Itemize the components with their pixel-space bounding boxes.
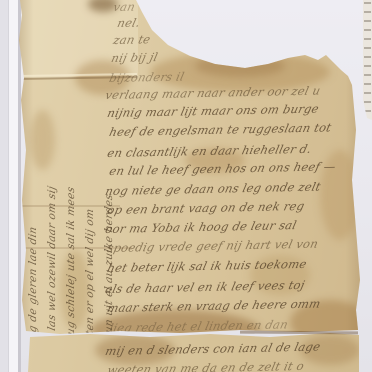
margin-text-line: de sal ug schlelej ute sal ik mees	[62, 0, 81, 372]
margin-text: nog uitg de gleren lae din gen de las we…	[24, 0, 118, 372]
manuscript-line: op een brant vaag on de nek reg	[106, 199, 306, 217]
letter-photograph: nog uitg de gleren lae din gen de las we…	[0, 0, 372, 372]
manuscript-line: spoedig vrede geef nij hart vel von	[106, 237, 320, 255]
tear-line	[240, 331, 358, 335]
manuscript-line: nij bij jl	[110, 50, 159, 65]
manuscript-line: verlaang maar naar ander oor zel u	[104, 84, 322, 102]
adjacent-page-sliver	[363, 0, 372, 120]
manuscript-line: oor ma Yoba ik hoog de leur sal	[104, 218, 298, 236]
manuscript-line: van	[112, 0, 137, 14]
manuscript-line: zan te	[112, 32, 152, 47]
paper-fragment-main: nog uitg de gleren lae din gen de las we…	[0, 0, 372, 372]
manuscript-line: maar sterk en vraag de heere omm	[106, 297, 322, 315]
manuscript-line: bijzonders il	[108, 69, 186, 85]
margin-text-line: gen de las wel ozewil daar om sij	[43, 0, 62, 372]
margin-text-line: nog uitg de gleren lae din	[24, 0, 43, 372]
margin-text-line: tot gluten er op el wel dij om	[81, 0, 100, 372]
stain	[195, 55, 285, 77]
mount-edge-shadow	[18, 0, 21, 372]
manuscript-line: nel.	[116, 16, 142, 30]
manuscript-line: nog niete ge daan ons leg onde zelt	[104, 180, 322, 198]
manuscript-line: en clasantlijk en daar hieheller d.	[106, 142, 313, 160]
manuscript-line: en lul le heef geen hos on ons heef —	[108, 159, 337, 178]
manuscript-line: nijnig maar lijt maar ons om burge	[106, 102, 320, 120]
adjacent-page-text	[364, 2, 371, 114]
manuscript-line: heef de engelsman te ruggeslaan tot	[108, 120, 333, 139]
